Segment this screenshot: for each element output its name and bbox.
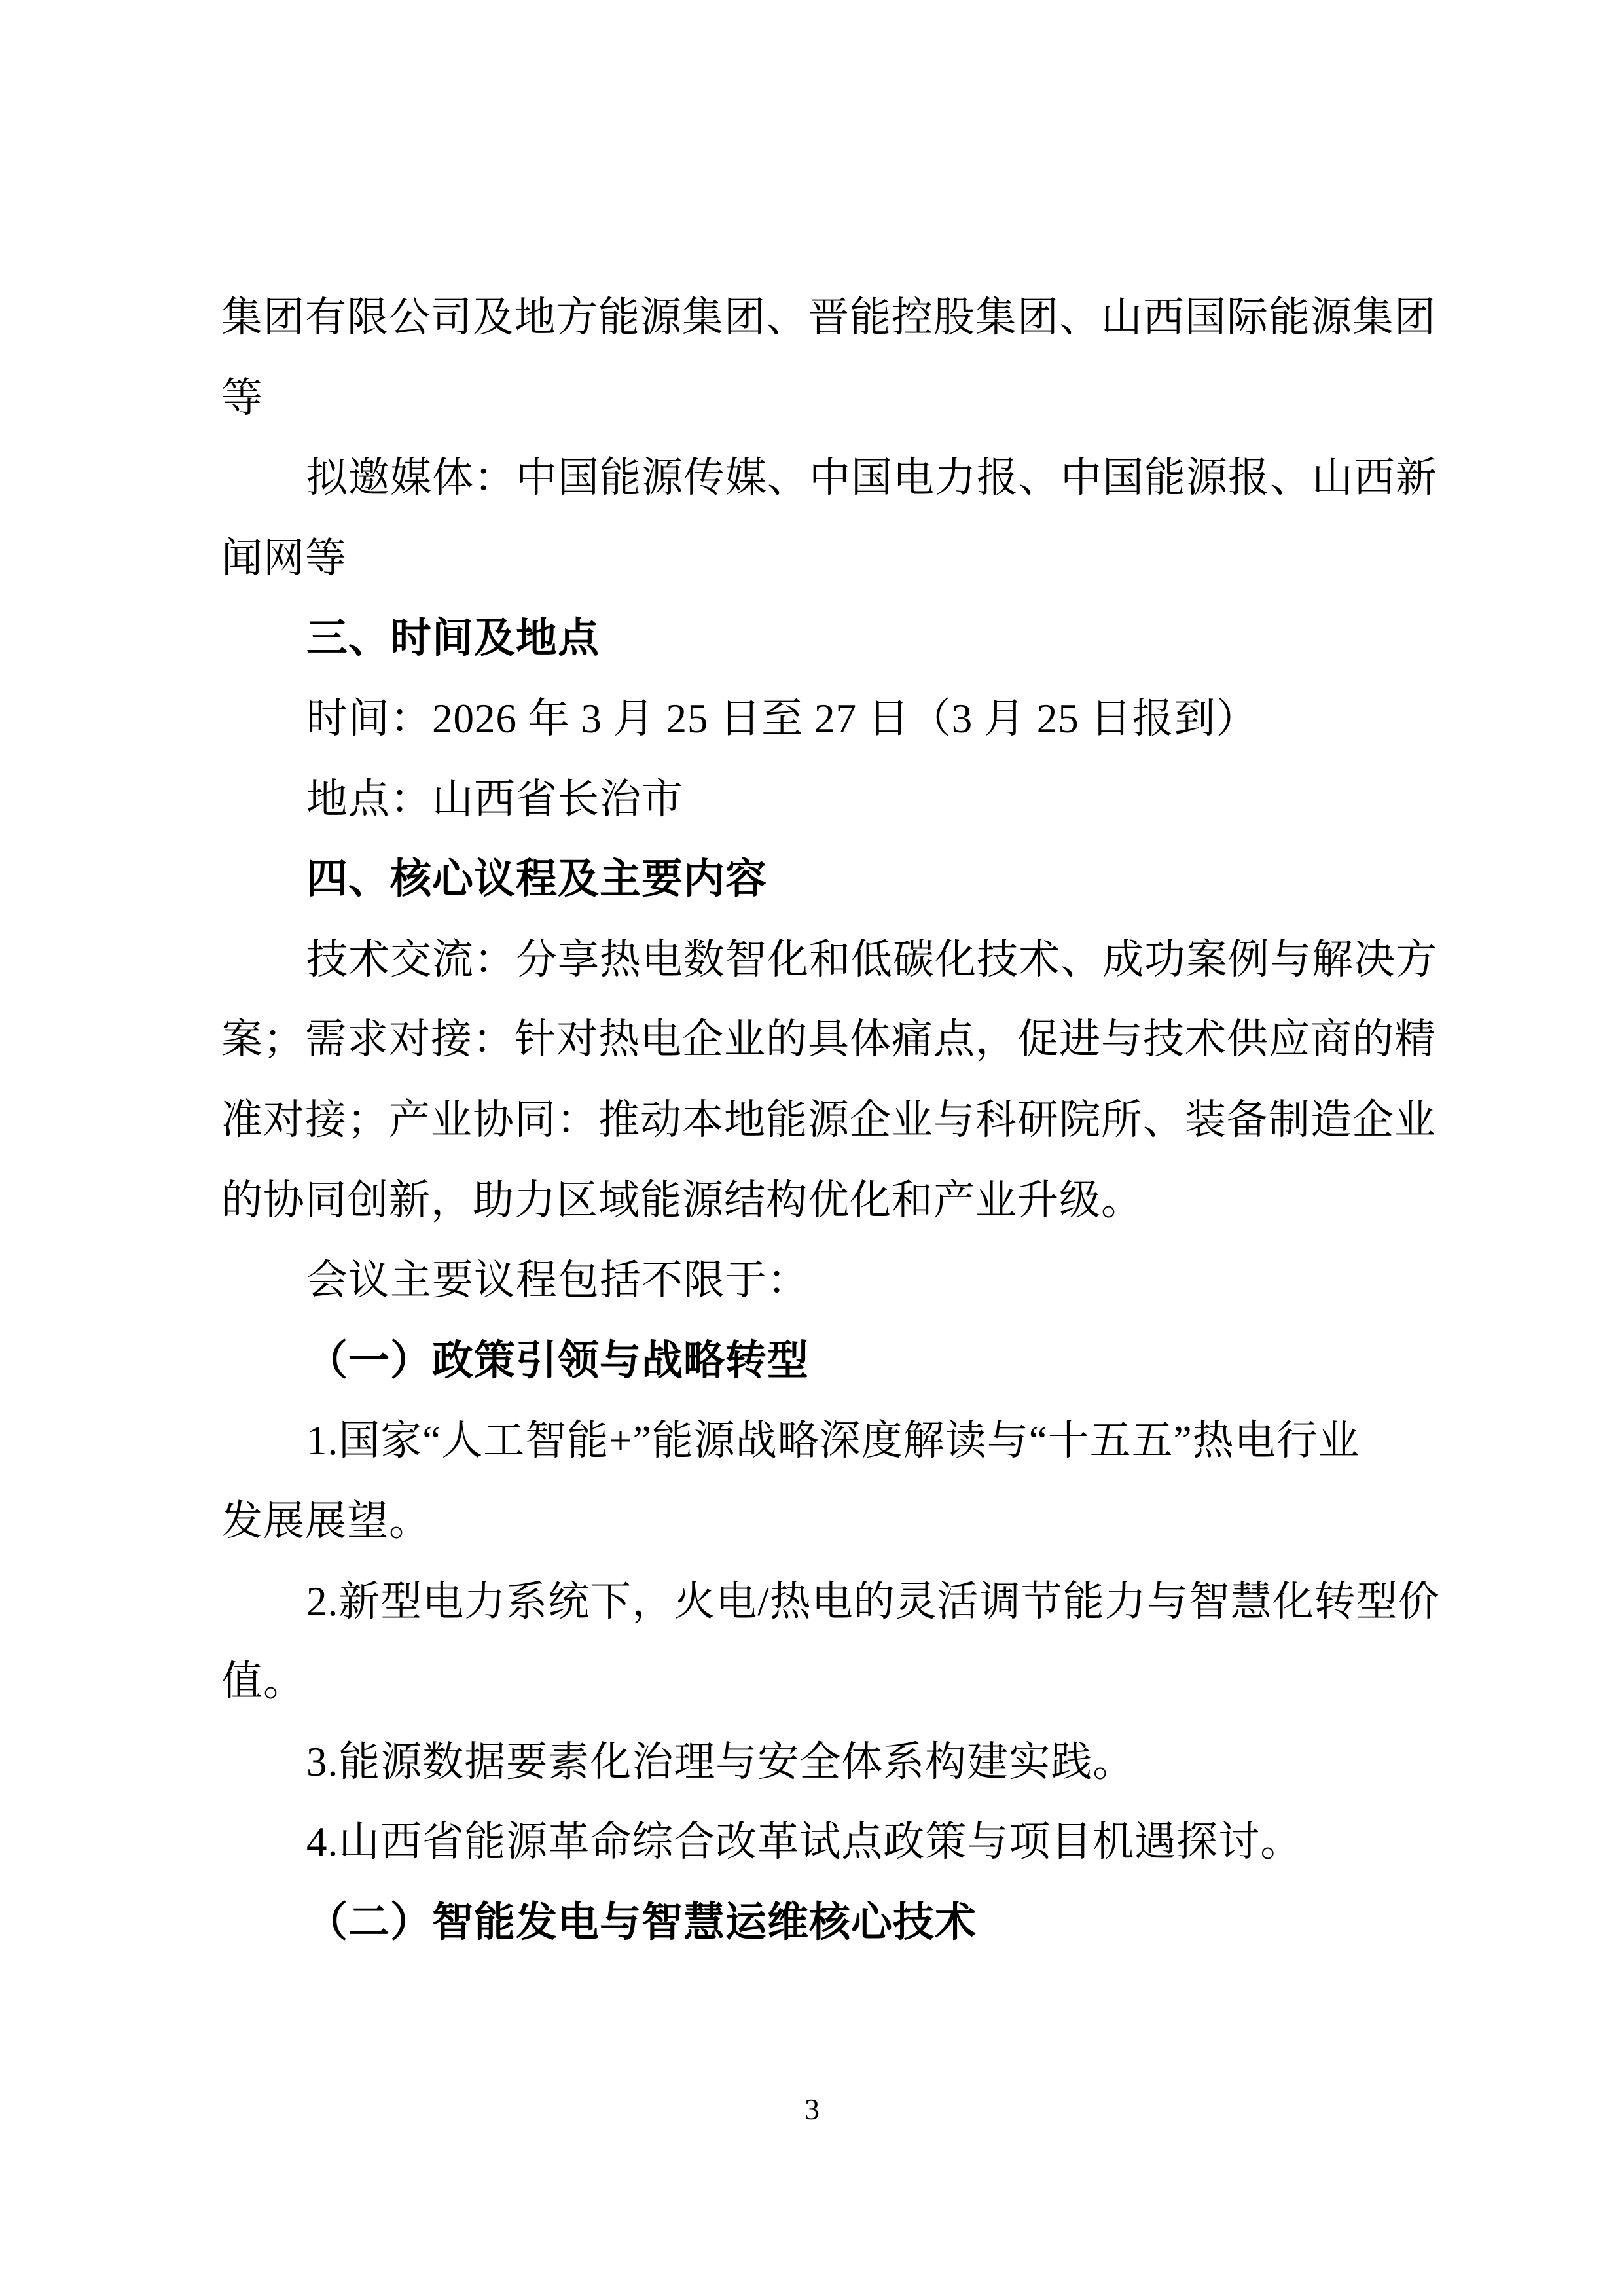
text-line: 4.山西省能源革命综合改革试点政策与项目机遇探讨。 xyxy=(221,1802,1452,1882)
text-line: 等 xyxy=(221,358,1452,439)
text-line: 技术交流：分享热电数智化和低碳化技术、成功案例与解决方 xyxy=(221,920,1452,1000)
text-line: 2.新型电力系统下，火电/热电的灵活调节能力与智慧化转型价 xyxy=(221,1562,1452,1642)
text-line: 准对接；产业协同：推动本地能源企业与科研院所、装备制造企业 xyxy=(221,1080,1452,1160)
page-number: 3 xyxy=(0,2092,1624,2126)
text-line: 拟邀媒体：中国能源传媒、中国电力报、中国能源报、山西新 xyxy=(221,438,1452,518)
text-line: 的协同创新，助力区域能源结构优化和产业升级。 xyxy=(221,1160,1452,1241)
text-line: 地点：山西省长治市 xyxy=(221,759,1452,840)
document-body: 集团有限公司及地方能源集团、晋能控股集团、山西国际能源集团等拟邀媒体：中国能源传… xyxy=(221,278,1452,1962)
text-line: 会议主要议程包括不限于： xyxy=(221,1240,1452,1321)
text-line: 集团有限公司及地方能源集团、晋能控股集团、山西国际能源集团 xyxy=(221,278,1452,358)
text-line: 案；需求对接：针对热电企业的具体痛点，促进与技术供应商的精 xyxy=(221,999,1452,1080)
text-line: 三、时间及地点 xyxy=(221,598,1452,679)
text-line: 3.能源数据要素化治理与安全体系构建实践。 xyxy=(221,1722,1452,1803)
text-line: （二）智能发电与智慧运维核心技术 xyxy=(221,1882,1452,1963)
text-line: 1.国家“人工智能+”能源战略深度解读与“十五五”热电行业 xyxy=(221,1401,1452,1481)
text-line: 时间：2026 年 3 月 25 日至 27 日（3 月 25 日报到） xyxy=(221,679,1452,759)
text-line: 值。 xyxy=(221,1641,1452,1722)
text-line: 闻网等 xyxy=(221,518,1452,599)
text-line: 四、核心议程及主要内容 xyxy=(221,839,1452,920)
text-line: （一）政策引领与战略转型 xyxy=(221,1321,1452,1401)
document-page: 集团有限公司及地方能源集团、晋能控股集团、山西国际能源集团等拟邀媒体：中国能源传… xyxy=(0,0,1624,2296)
text-line: 发展展望。 xyxy=(221,1481,1452,1562)
